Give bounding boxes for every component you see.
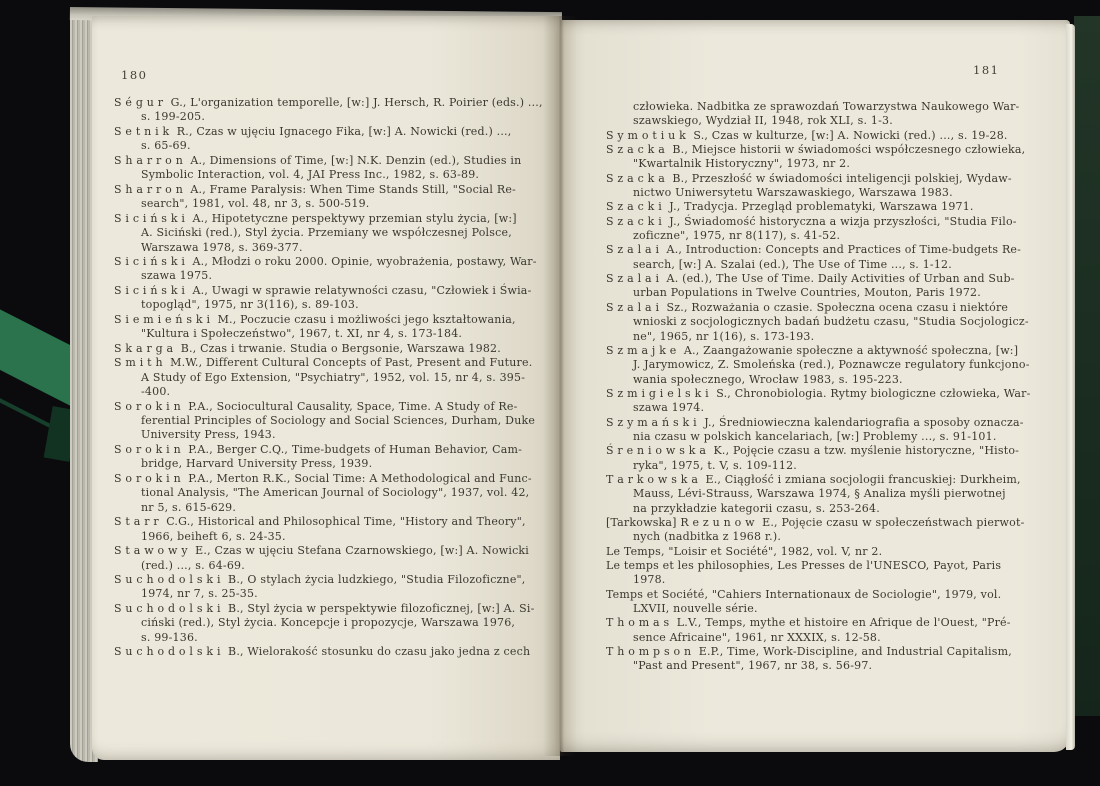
bibliography-line: sence Africaine", 1961, nr XXXIX, s. 12-… <box>606 631 1072 645</box>
bibliography-line: S z a c k a B., Miejsce historii w świad… <box>606 143 1072 157</box>
bibliography-line: 1966, beiheft 6, s. 24-35. <box>114 530 566 544</box>
bibliography-line: zoficzne", 1975, nr 8(117), s. 41-52. <box>606 229 1072 243</box>
bibliography-line: bridge, Harvard University Press, 1939. <box>114 457 566 471</box>
bibliography-line: S k a r g a B., Czas i trwanie. Studia o… <box>114 342 566 356</box>
bibliography-line: S m i t h M.W., Different Cultural Conce… <box>114 356 566 370</box>
bibliography-line: tional Analysis, "The American Journal o… <box>114 486 566 500</box>
bibliography-line: na przykładzie kategorii czasu, s. 253-2… <box>606 502 1072 516</box>
bibliography-line: wania społecznego, Wrocław 1983, s. 195-… <box>606 373 1072 387</box>
bibliography-line: S z m i g i e l s k i S., Chronobiologia… <box>606 387 1072 401</box>
bibliography-line: nia czasu w polskich kancelariach, [w:] … <box>606 430 1072 444</box>
bibliography-line: "Kwartalnik Historyczny", 1973, nr 2. <box>606 157 1072 171</box>
bibliography-line: A. Siciński (red.), Styl życia. Przemian… <box>114 226 566 240</box>
bibliography-line: search", 1981, vol. 48, nr 3, s. 500-519… <box>114 197 566 211</box>
bibliography-line: S t a r r C.G., Historical and Philosoph… <box>114 515 566 529</box>
bibliography-line: Mauss, Lévi-Strauss, Warszawa 1974, § An… <box>606 487 1072 501</box>
book-scan-photo: 180 181 S é g u r G., L'organization tem… <box>0 0 1100 786</box>
bibliography-line: szawskiego, Wydział II, 1948, rok XLI, s… <box>606 114 1072 128</box>
bibliography-line: S i c i ń s k i A., Młodzi o roku 2000. … <box>114 255 566 269</box>
bibliography-line: "Past and Present", 1967, nr 38, s. 56-9… <box>606 659 1072 673</box>
bibliography-line: S u c h o d o l s k i B., O stylach życi… <box>114 573 566 587</box>
bibliography-line: S h a r r o n A., Dimensions of Time, [w… <box>114 154 566 168</box>
bibliography-line: człowieka. Nadbitka ze sprawozdań Towarz… <box>606 100 1072 114</box>
bibliography-line: Ś r e n i o w s k a K., Pojęcie czasu a … <box>606 444 1072 458</box>
bibliography-line: T h o m p s o n E.P., Time, Work-Discipl… <box>606 645 1072 659</box>
bibliography-line: Temps et Société, "Cahiers Internationau… <box>606 588 1072 602</box>
bibliography-line: LXVII, nouvelle série. <box>606 602 1072 616</box>
bibliography-line: szawa 1975. <box>114 269 566 283</box>
bibliography-line: S u c h o d o l s k i B., Styl życia w p… <box>114 602 566 616</box>
bibliography-line: S o r o k i n P.A., Berger C.Q., Time-bu… <box>114 443 566 457</box>
bibliography-line: S i c i ń s k i A., Uwagi w sprawie rela… <box>114 284 566 298</box>
bibliography-line: s. 199-205. <box>114 110 566 124</box>
bibliography-line: ryka", 1975, t. V, s. 109-112. <box>606 459 1072 473</box>
bibliography-line: (red.) ..., s. 64-69. <box>114 559 566 573</box>
cover-right-edge <box>1074 16 1100 716</box>
bibliography-line: 1974, nr 7, s. 25-35. <box>114 587 566 601</box>
bibliography-line: S y m o t i u k S., Czas w kulturze, [w:… <box>606 129 1072 143</box>
bibliography-line: Symbolic Interaction, vol. 4, JAI Press … <box>114 168 566 182</box>
bibliography-line: S o r o k i n P.A., Merton R.K., Social … <box>114 472 566 486</box>
bibliography-line: ciński (red.), Styl życia. Koncepcje i p… <box>114 616 566 630</box>
bibliography-line: S z y m a ń s k i J., Średniowieczna kal… <box>606 416 1072 430</box>
bibliography-line: J. Jarymowicz, Z. Smoleńska (red.), Pozn… <box>606 358 1072 372</box>
bibliography-line: nictwo Uniwersytetu Warszawaskiego, Wars… <box>606 186 1072 200</box>
bibliography-line: Warszawa 1978, s. 369-377. <box>114 241 566 255</box>
left-page-number: 180 <box>121 68 147 82</box>
bibliography-line: S z a c k i J., Tradycja. Przegląd probl… <box>606 200 1072 214</box>
bibliography-line: S z a c k i J., Świadomość historyczna a… <box>606 215 1072 229</box>
bibliography-line: S é g u r G., L'organization temporelle,… <box>114 96 566 110</box>
bibliography-line: 1978. <box>606 573 1072 587</box>
bibliography-line: S e t n i k R., Czas w ujęciu Ignacego F… <box>114 125 566 139</box>
bibliography-line: S z a c k a B., Przeszłość w świadomości… <box>606 172 1072 186</box>
bibliography-line: S z a l a i A. (ed.), The Use of Time. D… <box>606 272 1072 286</box>
bibliography-line: T h o m a s L.V., Temps, mythe et histoi… <box>606 616 1072 630</box>
bibliography-line: s. 99-136. <box>114 631 566 645</box>
bibliography-line: S o r o k i n P.A., Sociocultural Causal… <box>114 400 566 414</box>
bibliography-line: szawa 1974. <box>606 401 1072 415</box>
bibliography-line: -400. <box>114 385 566 399</box>
bibliography-column-right: człowieka. Nadbitka ze sprawozdań Towarz… <box>606 100 1072 674</box>
bibliography-line: ferential Principles of Sociology and So… <box>114 414 566 428</box>
bibliography-line: T a r k o w s k a E., Ciągłość i zmiana … <box>606 473 1072 487</box>
bibliography-line: S t a w o w y E., Czas w ujęciu Stefana … <box>114 544 566 558</box>
bibliography-line: A Study of Ego Extension, "Psychiatry", … <box>114 371 566 385</box>
bibliography-line: Le Temps, "Loisir et Société", 1982, vol… <box>606 545 1072 559</box>
bibliography-line: University Press, 1943. <box>114 428 566 442</box>
bibliography-line: S i c i ń s k i A., Hipotetyczne perspek… <box>114 212 566 226</box>
bibliography-line: S z m a j k e A., Zaangażowanie społeczn… <box>606 344 1072 358</box>
bibliography-line: s. 65-69. <box>114 139 566 153</box>
bibliography-line: nr 5, s. 615-629. <box>114 501 566 515</box>
bibliography-line: Le temps et les philosophies, Les Presse… <box>606 559 1072 573</box>
bibliography-line: S z a l a i A., Introduction: Concepts a… <box>606 243 1072 257</box>
right-page-number: 181 <box>973 63 999 77</box>
bibliography-line: search, [w:] A. Szalai (ed.), The Use of… <box>606 258 1072 272</box>
bibliography-line: urban Populations in Twelve Countries, M… <box>606 286 1072 300</box>
bibliography-line: S h a r r o n A., Frame Paralysis: When … <box>114 183 566 197</box>
bibliography-line: "Kultura i Społeczeństwo", 1967, t. XI, … <box>114 327 566 341</box>
bibliography-column-left: S é g u r G., L'organization temporelle,… <box>114 96 566 660</box>
bibliography-line: ne", 1965, nr 1(16), s. 173-193. <box>606 330 1072 344</box>
bibliography-line: wnioski z socjologicznych badań budżetu … <box>606 315 1072 329</box>
bibliography-line: S u c h o d o l s k i B., Wielorakość st… <box>114 645 566 659</box>
bibliography-line: nych (nadbitka z 1968 r.). <box>606 530 1072 544</box>
bibliography-line: S i e m i e ń s k i M., Poczucie czasu i… <box>114 313 566 327</box>
bibliography-line: [Tarkowska] R e z u n o w E., Pojęcie cz… <box>606 516 1072 530</box>
bibliography-line: topogląd", 1975, nr 3(116), s. 89-103. <box>114 298 566 312</box>
bibliography-line: S z a l a i Sz., Rozważania o czasie. Sp… <box>606 301 1072 315</box>
